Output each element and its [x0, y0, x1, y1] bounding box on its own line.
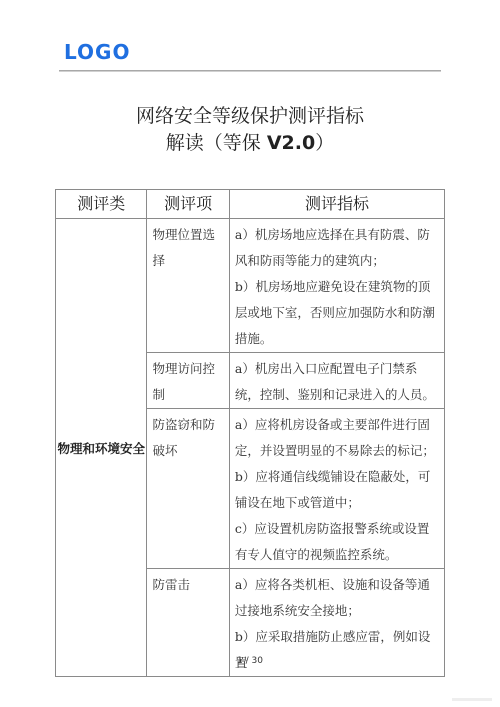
indicator-cell: a）机房出入口应配置电子门禁系统，控制、鉴别和记录进入的人员。: [229, 353, 444, 409]
indicator-text: c）应设置机房防盗报警系统或设置有专人值守的视频监控系统。: [235, 516, 440, 568]
version-label: V2.0: [267, 132, 315, 154]
indicator-cell: a）机房场地应选择在具有防震、防风和防雨等能力的建筑内； b）机房场地应避免设在…: [229, 219, 444, 353]
header-item: 测评项: [147, 190, 229, 219]
page-indicator: 1 / 30: [0, 656, 500, 666]
indicator-text: a）机房出入口应配置电子门禁系统，控制、鉴别和记录进入的人员。: [235, 356, 440, 408]
table-row: 物理和环境安全 物理位置选择 a）机房场地应选择在具有防震、防风和防雨等能力的建…: [56, 219, 445, 353]
indicator-table: 测评类 测评项 测评指标 物理和环境安全 物理位置选择 a）机房场地应选择在具有…: [55, 189, 445, 677]
item-cell: 物理位置选择: [147, 219, 229, 353]
document-title: 网络安全等级保护测评指标: [0, 101, 500, 128]
item-cell: 物理访问控制: [147, 353, 229, 409]
logo: LOGO: [64, 40, 130, 64]
header-divider: [59, 70, 441, 72]
document-subtitle: 解读（等保 V2.0）: [0, 128, 500, 155]
header-indicator: 测评指标: [229, 190, 444, 219]
subtitle-prefix: 解读（等保: [166, 132, 267, 154]
indicator-cell: a）应将机房设备或主要部件进行固定，并设置明显的不易除去的标记； b）应将通信线…: [229, 409, 444, 569]
indicator-text: a）应将各类机柜、设施和设备等通过接地系统安全接地；: [235, 572, 440, 624]
watermark: [452, 698, 492, 701]
subtitle-suffix: ）: [315, 132, 334, 154]
category-cell: 物理和环境安全: [56, 219, 147, 677]
header-category: 测评类: [56, 190, 147, 219]
item-cell: 防盗窃和防破坏: [147, 409, 229, 569]
indicator-text: a）应将机房设备或主要部件进行固定，并设置明显的不易除去的标记；: [235, 412, 440, 464]
indicator-text: b）应采取措施防止感应雷，例如设置: [235, 624, 440, 676]
indicator-text: b）机房场地应避免设在建筑物的顶层或地下室，否则应加强防水和防潮措施。: [235, 274, 440, 352]
title-line-1: 网络安全等级保护测评指标: [136, 105, 364, 127]
table-header-row: 测评类 测评项 测评指标: [56, 190, 445, 219]
indicator-text: b）应将通信线缆铺设在隐蔽处，可铺设在地下或管道中；: [235, 464, 440, 516]
indicator-text: a）机房场地应选择在具有防震、防风和防雨等能力的建筑内；: [235, 222, 440, 274]
